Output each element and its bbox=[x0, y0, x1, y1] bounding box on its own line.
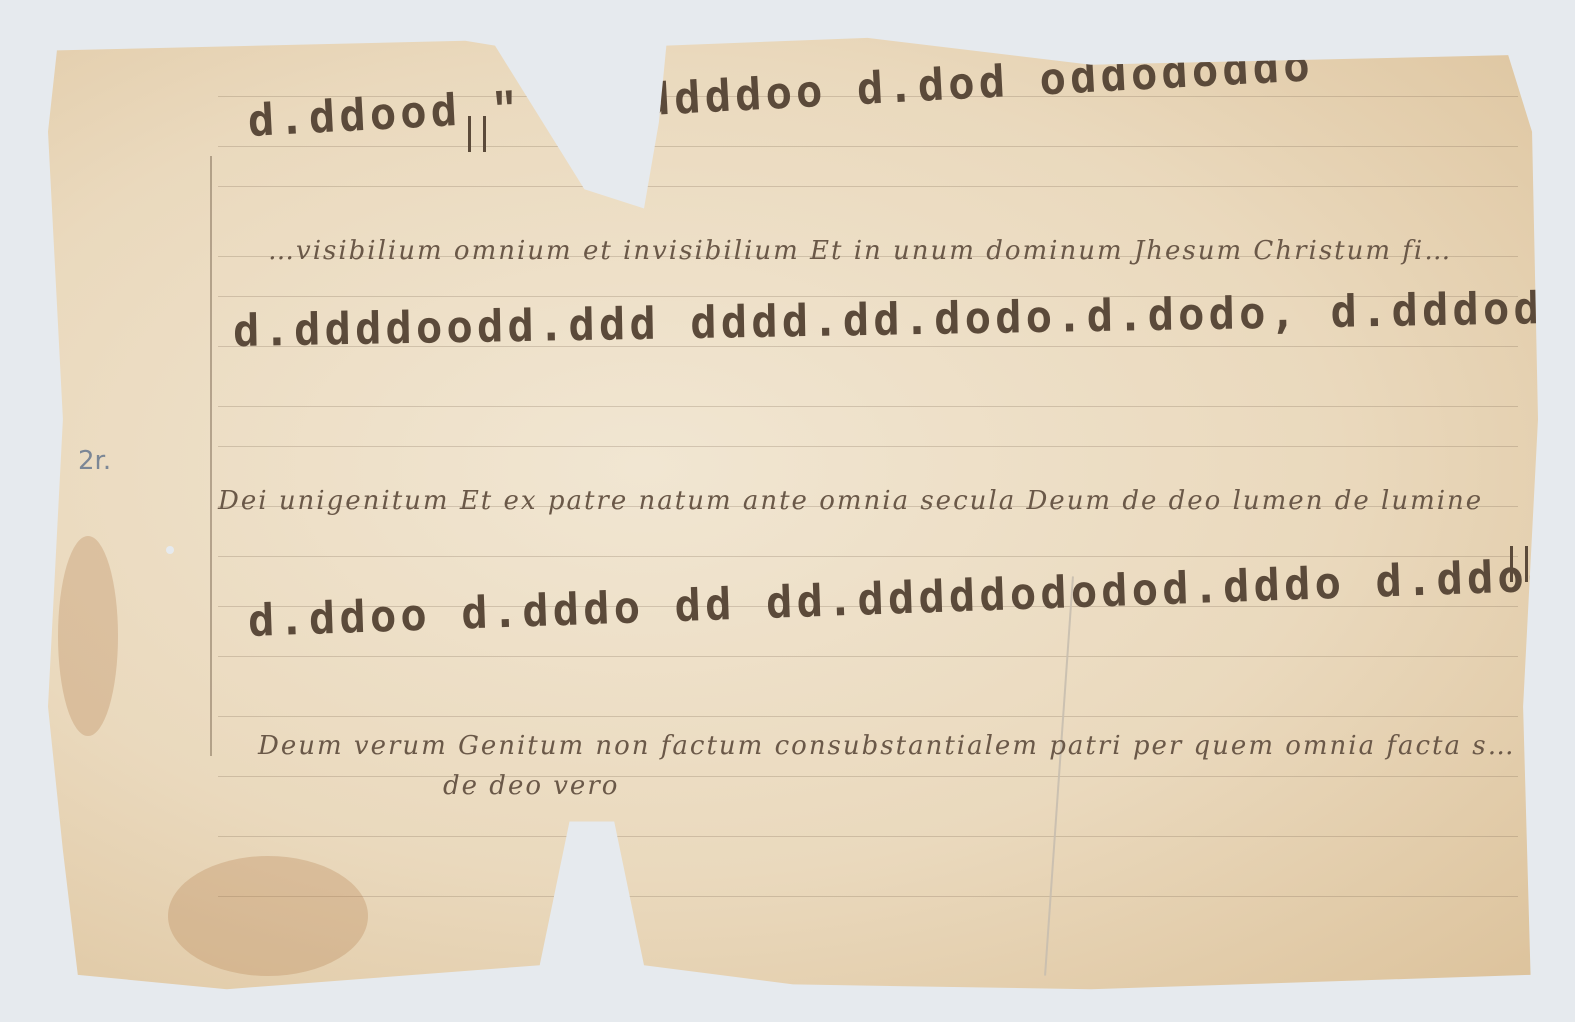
margin-rule bbox=[210, 156, 212, 756]
clef-mark bbox=[468, 116, 486, 152]
neume-row-1: d.ddood ʺ dddddddoo d.dod oddododdo bbox=[247, 40, 1315, 150]
clef-mark bbox=[1510, 546, 1528, 582]
parchment-leaf: 2r. d.ddood ʺ dddddddoo d.dod oddododdo … bbox=[48, 36, 1538, 994]
folio-number: 2r. bbox=[78, 446, 111, 476]
neume-row-3: d.ddoo d.dddo dd dd.dddddododod.dddo d.d… bbox=[247, 543, 1575, 650]
text-row-3-subtext: de deo vero bbox=[443, 771, 619, 801]
text-row-1: …visibilium omnium et invisibilium Et in… bbox=[268, 236, 1452, 266]
text-row-3: Deum verum Genitum non factum consubstan… bbox=[258, 731, 1516, 761]
pin-hole bbox=[166, 546, 174, 554]
text-row-2: Dei unigenitum Et ex patre natum ante om… bbox=[218, 486, 1483, 516]
